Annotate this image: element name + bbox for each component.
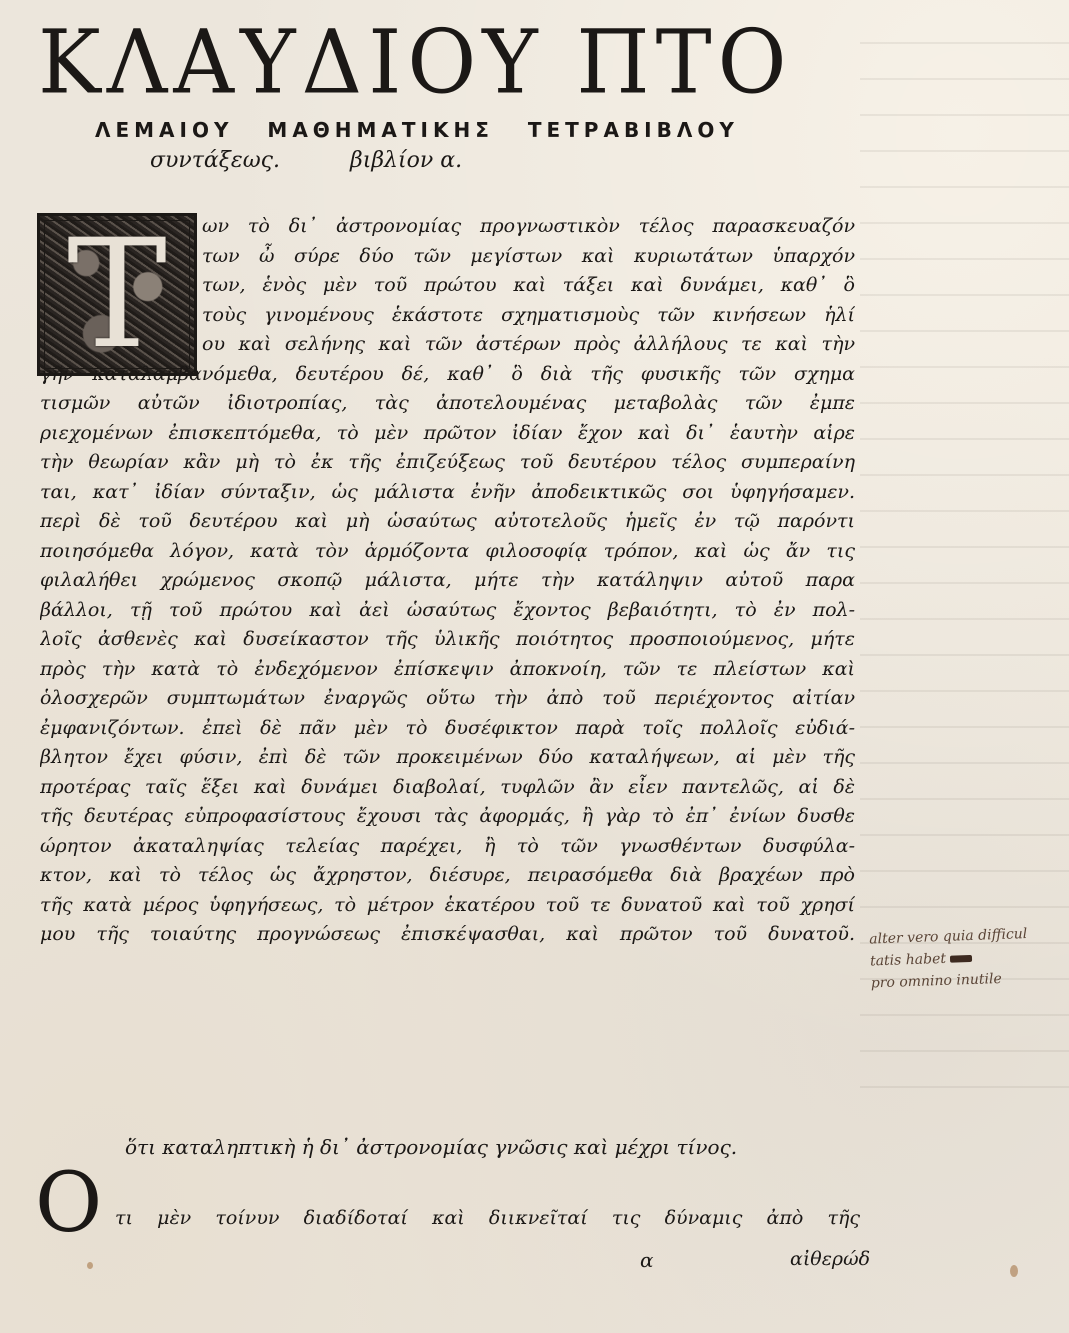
- text-line: των, ἑνὸς μὲν τοῦ πρώτου καὶ τάξει καὶ δ…: [202, 271, 855, 301]
- syntaxis-label: συντάξεως.: [150, 148, 280, 173]
- text-line: ἐμφανιζόντων. ἐπεὶ δὲ πᾶν μὲν τὸ δυσέφικ…: [40, 714, 855, 744]
- text-line: λοῖς ἀσθενὲς καὶ δυσείκαστον τῆς ὑλικῆς …: [40, 625, 855, 655]
- text-line: των ὦ σύρε δύο τῶν μεγίστων καὶ κυριωτάτ…: [202, 242, 855, 272]
- handwritten-marginal-note: alter vero quia difficul tatis habet pro…: [869, 922, 1069, 995]
- text-line: βάλλοι, τῇ τοῦ πρώτου καὶ ἀεὶ ὡσαύτως ἔχ…: [40, 596, 855, 626]
- text-line: ὁλοσχερῶν συμπτωμάτων ἐναργῶς οὕτω τὴν ἀ…: [40, 684, 855, 714]
- text-line: τὴν θεωρίαν κἂν μὴ τὸ ἐκ τῆς ἐπιζεύξεως …: [40, 448, 855, 478]
- text-line: βλητον ἔχει φύσιν, ἐπὶ δὲ τῶν προκειμένω…: [40, 743, 855, 773]
- text-line: ται, κατ᾽ ἰδίαν σύνταξιν, ὡς μάλιστα ἐνῆ…: [40, 478, 855, 508]
- section-heading: ὅτι καταληπτικὴ ἡ δι᾽ ἀστρονομίας γνῶσις…: [125, 1135, 737, 1159]
- text-line: φιλαλήθει χρώμενος σκοπῷ μάλιστα, μήτε τ…: [40, 566, 855, 596]
- text-line: ώρητον ἀκαταληψίας τελείας παρέχει, ἢ τὸ…: [40, 832, 855, 862]
- text-line: γῆν καταλαμβανόμεθα, δευτέρου δέ, καθ᾽ ὃ…: [40, 360, 855, 390]
- page-subtitle: ΛΕΜΑΙΟΥ ΜΑΘΗΜΑΤΙΚΗΣ ΤΕΤΡΑΒΙΒΛΟΥ: [95, 118, 739, 142]
- text-line: τῆς δευτέρας εὐπροφασίστους ἔχουσι τὰς ἀ…: [40, 802, 855, 832]
- section-drop-cap: Ο: [35, 1163, 102, 1245]
- text-line: ων τὸ δι᾽ ἀστρονομίας προγνωστικὸν τέλος…: [202, 212, 855, 242]
- text-line: μου τῆς τοιαύτης προγνώσεως ἐπισκέψασθαι…: [40, 920, 855, 950]
- signature-mark: α: [640, 1248, 654, 1272]
- text-line: τισμῶν αὐτῶν ἰδιοτροπίας, τὰς ἀποτελουμέ…: [40, 389, 855, 419]
- body-text: ων τὸ δι᾽ ἀστρονομίας προγνωστικὸν τέλος…: [40, 212, 855, 950]
- text-line: ποιησόμεθα λόγον, κατὰ τὸν ἁρμόζοντα φιλ…: [40, 537, 855, 567]
- text-line: περὶ δὲ τοῦ δευτέρου καὶ μὴ ὡσαύτως αὐτο…: [40, 507, 855, 537]
- book-heading: συντάξεως. βιβλίον α.: [150, 148, 462, 173]
- page-title: ΚΛΑΥΔΙΟΥ ΠΤΟ: [38, 18, 793, 106]
- foxing-stain: [1010, 1265, 1018, 1277]
- text-line: πρὸς τὴν κατὰ τὸ ἐνδεχόμενον ἐπίσκεψιν ἀ…: [40, 655, 855, 685]
- text-line: ου καὶ σελήνης καὶ τῶν ἀστέρων πρὸς ἀλλή…: [202, 330, 855, 360]
- section-first-line: τι μὲν τοίνυν διαδίδοταί καὶ διικνεῖταί …: [115, 1207, 860, 1229]
- catchword: αἰθερώδ: [790, 1248, 870, 1270]
- text-line: προτέρας ταῖς ἕξει καὶ δυνάμει διαβολαί,…: [40, 773, 855, 803]
- text-line: κτον, καὶ τὸ τέλος ὡς ἄχρηστον, διέσυρε,…: [40, 861, 855, 891]
- text-line: τῆς κατὰ μέρος ὑφηγήσεως, τὸ μέτρον ἑκατ…: [40, 891, 855, 921]
- book-number-label: βιβλίον α.: [350, 148, 462, 173]
- foxing-stain: [87, 1262, 93, 1269]
- ink-strikeout: [950, 954, 972, 962]
- text-line: τοὺς γινομένους ἑκάστοτε σχηματισμοὺς τῶ…: [202, 301, 855, 331]
- text-line: ριεχομένων ἐπισκεπτόμεθα, τὸ μὲν πρῶτον …: [40, 419, 855, 449]
